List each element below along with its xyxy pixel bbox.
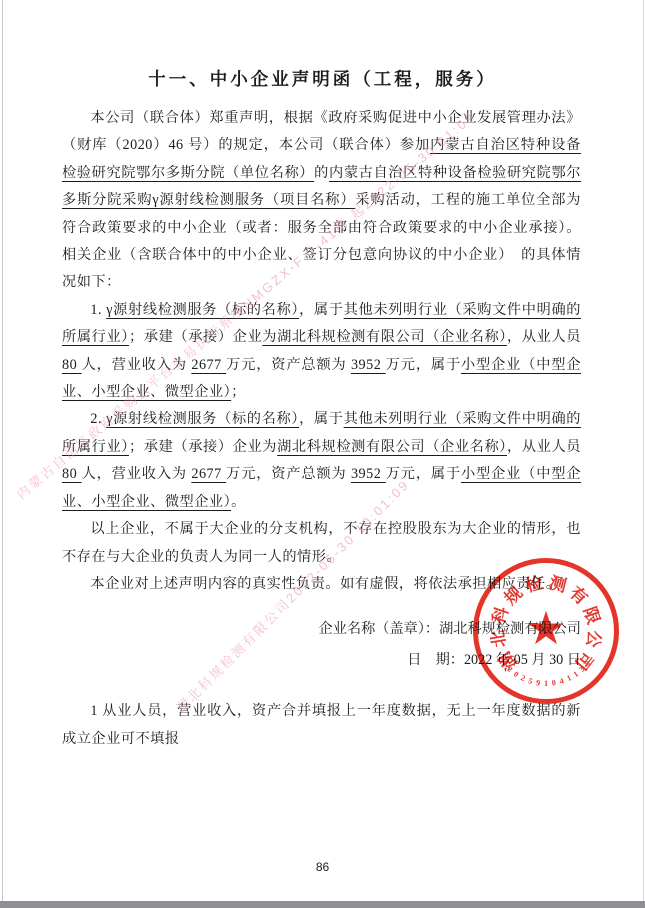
closing-paragraph-1: 以上企业，不属于大企业的分支机构，不存在控股股东为大企业的情形，也不存在与大企业… — [62, 516, 581, 571]
declaration-item-2: 2. γ源射线检测服务（标的名称），属于其他未列明行业（采购文件中明确的所属行业… — [62, 406, 581, 516]
declaration-item-1: 1. γ源射线检测服务（标的名称），属于其他未列明行业（采购文件中明确的所属行业… — [62, 297, 581, 407]
date-line: 日 期：2022 年 05 月 30 日 — [0, 645, 581, 676]
declaration-intro: 本公司（联合体）郑重声明，根据《政府采购促进中小企业发展管理办法》（财库（202… — [62, 105, 581, 297]
left-edge-line — [2, 0, 3, 908]
document-body: 本公司（联合体）郑重声明，根据《政府采购促进中小企业发展管理办法》（财库（202… — [0, 105, 645, 598]
company-name-line: 企业名称（盖章）：湖北科规检测有限公司 — [0, 614, 581, 645]
document-page: 内蒙古自治区政府采购云平台交易执行系统NMGZX-F-2-41第 起2022-0… — [0, 0, 645, 908]
right-edge-line — [643, 0, 644, 908]
bottom-scan-bar — [0, 901, 645, 908]
page-title: 十一、中小企业声明函（工程，服务） — [0, 66, 645, 91]
closing-paragraph-2: 本企业对上述声明内容的真实性负责。如有虚假，将依法承担相应责任。 — [62, 571, 581, 598]
footnote: 1 从业人员，营业收入，资产合并填报上一年度数据，无上一年度数据的新成立企业可不… — [62, 698, 581, 753]
page-number: 86 — [0, 860, 645, 874]
signature-block: 企业名称（盖章）：湖北科规检测有限公司 日 期：2022 年 05 月 30 日… — [0, 614, 645, 676]
